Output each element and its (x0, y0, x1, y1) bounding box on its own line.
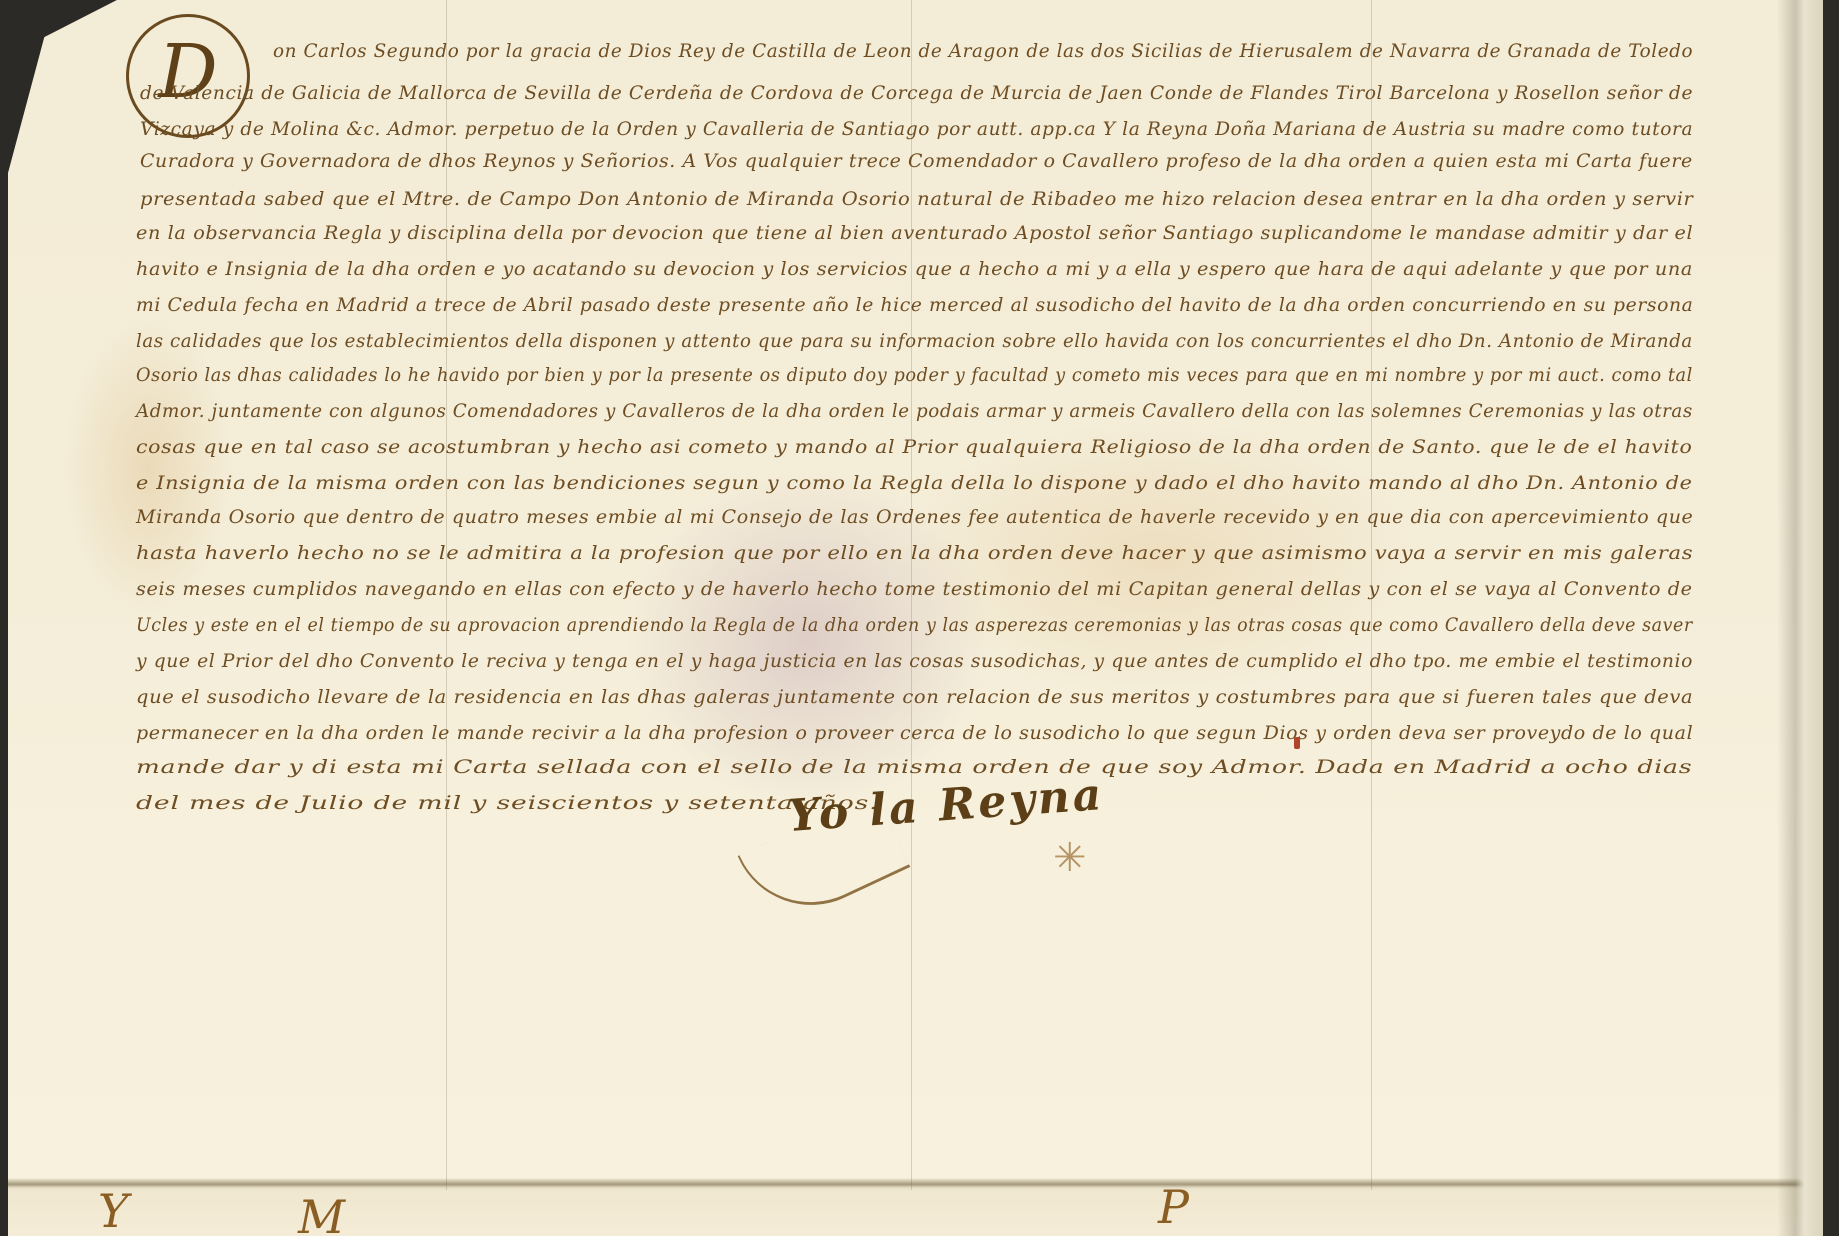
manuscript-line: seis meses cumplidos navegando en ellas … (136, 578, 1693, 600)
manuscript-line: en la observancia Regla y disciplina del… (136, 222, 1693, 244)
manuscript-line: Ucles y este en el el tiempo de su aprov… (136, 614, 1693, 636)
lower-sheet: Y M P (8, 1190, 1823, 1236)
manuscript-line: Vizcaya y de Molina &c. Admor. perpetuo … (140, 118, 1693, 140)
royal-signature: Yo la Reyna (787, 769, 1106, 842)
manuscript-line: cosas que en tal caso se acostumbran y h… (136, 436, 1693, 458)
manuscript-line: havito e Insignia de la dha orden e yo a… (136, 258, 1693, 280)
manuscript-line: que el susodicho llevare de la residenci… (136, 686, 1693, 708)
manuscript-line: presentada sabed que el Mtre. de Campo D… (140, 188, 1693, 210)
manuscript-line: Admor. juntamente con algunos Comendador… (136, 400, 1693, 422)
manuscript-line: Osorio las dhas calidades lo he havido p… (136, 364, 1693, 386)
manuscript-line: permanecer en la dha orden le mande reci… (136, 722, 1693, 744)
manuscript-line: de Valencia de Galicia de Mallorca de Se… (140, 82, 1693, 104)
wax-spot (1294, 737, 1300, 749)
manuscript-line: y que el Prior del dho Convento le reciv… (136, 650, 1693, 672)
page-edge (1777, 0, 1823, 1236)
manuscript-line: mande dar y di esta mi Carta sellada con… (136, 756, 1692, 778)
lower-sheet-fragment: P (1158, 1180, 1189, 1234)
lower-sheet-fragment: M (298, 1190, 345, 1236)
manuscript-line: on Carlos Segundo por la gracia de Dios … (273, 40, 1676, 62)
manuscript-line: Miranda Osorio que dentro de quatro mese… (136, 506, 1693, 528)
manuscript-line: e Insignia de la misma orden con las ben… (136, 472, 1693, 494)
lower-sheet-fragment: Y (98, 1184, 128, 1236)
manuscript-line: mi Cedula fecha en Madrid a trece de Abr… (136, 294, 1693, 316)
manuscript-line: las calidades que los establecimientos d… (136, 330, 1693, 352)
manuscript-line: del mes de Julio de mil y seiscientos y … (136, 792, 878, 814)
manuscript-line: Curadora y Governadora de dhos Reynos y … (140, 150, 1693, 172)
manuscript-page: D on Carlos Segundo por la gracia de Dio… (8, 0, 1823, 1236)
manuscript-line: hasta haverlo hecho no se le admitira a … (136, 542, 1693, 564)
rubric-mark-icon: ✳ (1053, 835, 1087, 881)
